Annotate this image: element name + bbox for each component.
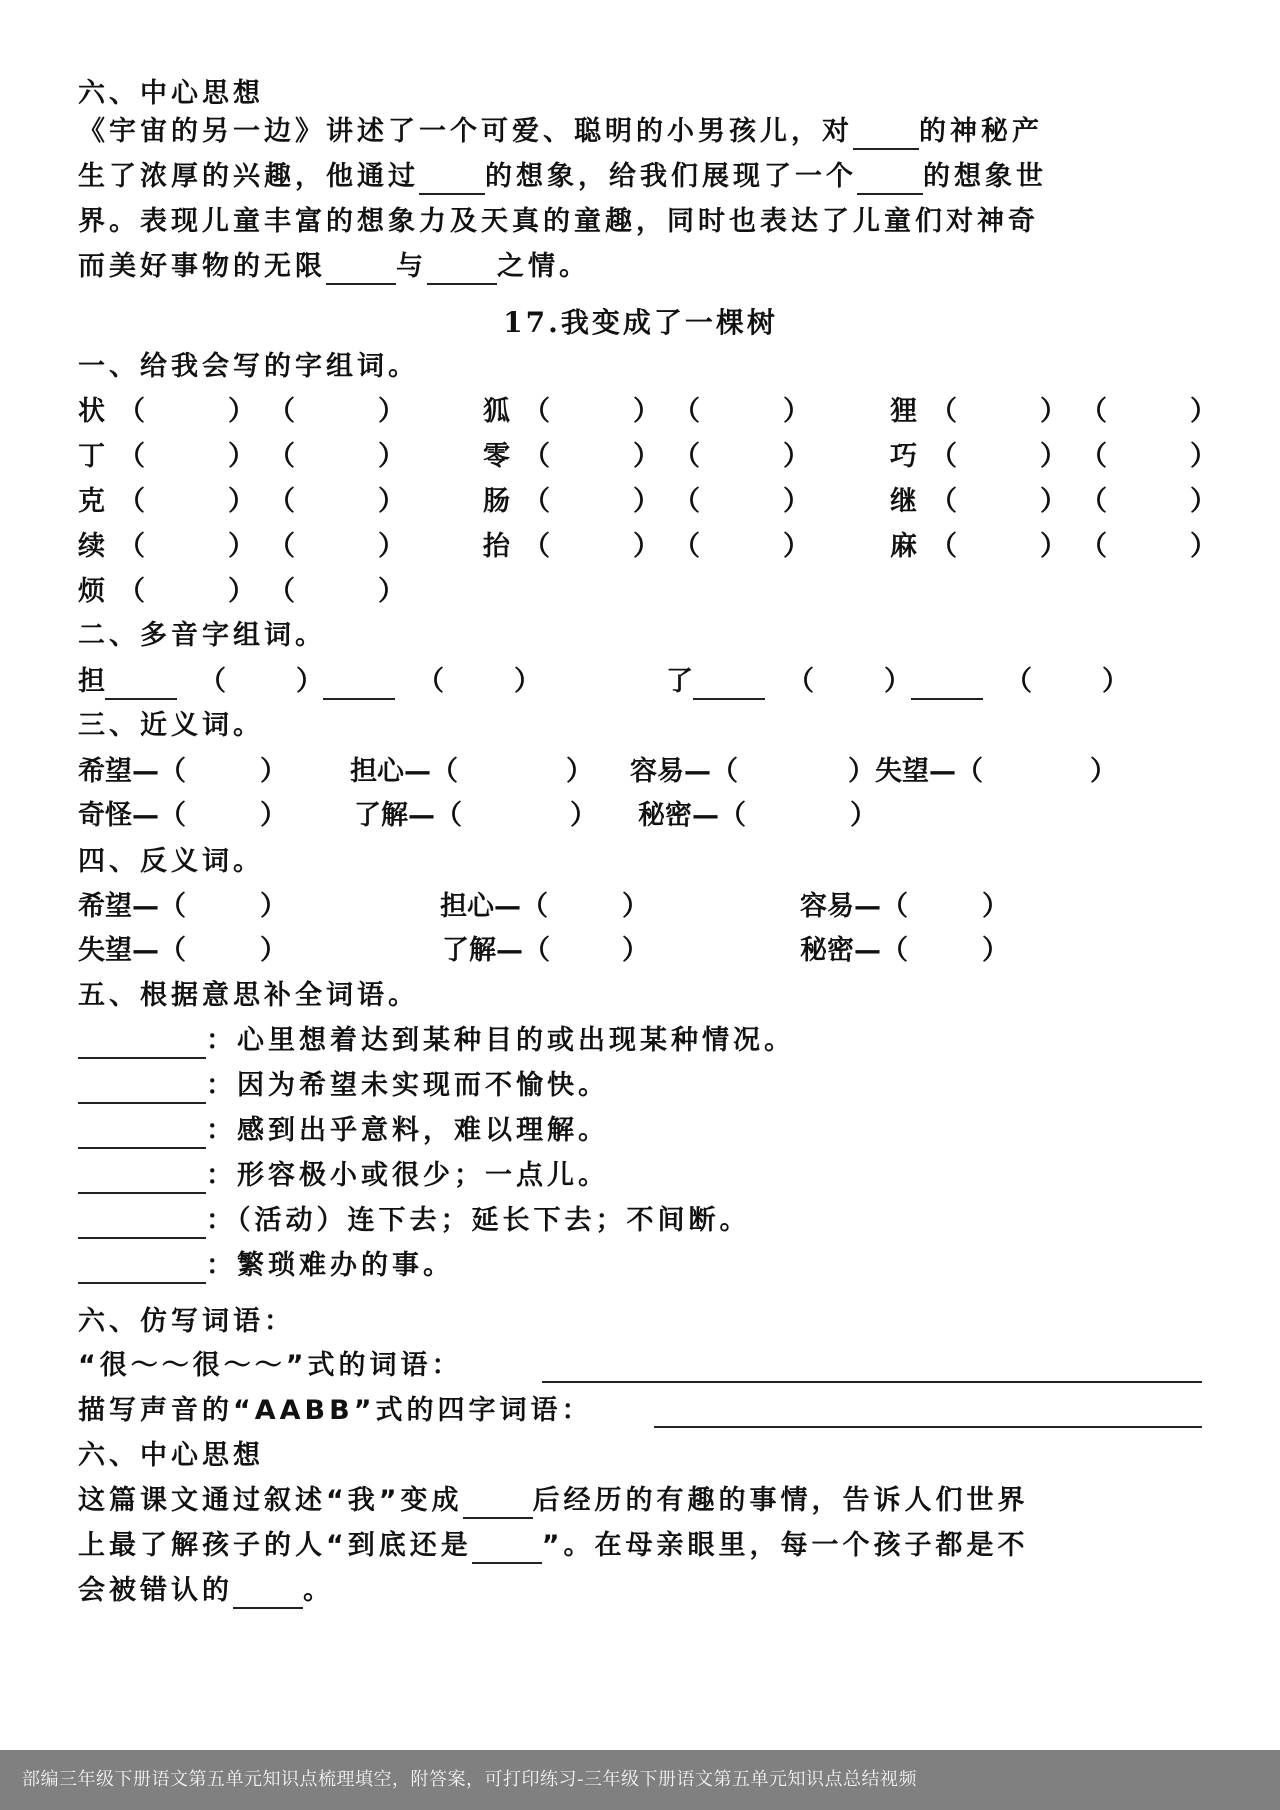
answer-slot[interactable]: （） [268, 529, 418, 565]
answer-line[interactable] [78, 1282, 206, 1284]
answer-line[interactable] [654, 1426, 1202, 1428]
word-group-item: 烦（）（） [78, 574, 418, 610]
answer-slot[interactable]: （） [930, 394, 1080, 430]
target-char: 克 [78, 484, 118, 520]
target-char: 抬 [483, 529, 523, 565]
target-char: 狸 [890, 394, 930, 430]
antonym-close: ） [260, 933, 287, 969]
section-heading: 二、多音字组词。 [78, 618, 326, 654]
antonym-close: ） [982, 933, 1009, 969]
answer-slot[interactable]: （） [268, 484, 418, 520]
section-heading: 四、反义词。 [78, 844, 264, 880]
synonym-item: 容易—（ [630, 754, 738, 790]
target-char: 麻 [890, 529, 930, 565]
definition-text: ：感到出乎意料，难以理解。 [206, 1113, 609, 1149]
prompt-label: “很～～很～～”式的词语： [78, 1348, 463, 1384]
word-group-item: 继（）（） [890, 484, 1230, 520]
definition-text: ：心里想着达到某种目的或出现某种情况。 [206, 1023, 795, 1059]
section-heading: 六、中心思想 [78, 76, 264, 112]
synonym-close: ） [566, 754, 593, 790]
answer-line[interactable] [78, 1237, 206, 1239]
antonym-item: 秘密—（ [800, 933, 908, 969]
prompt-label: 描写声音的“AABB”式的四字词语： [78, 1393, 592, 1429]
lesson-title: 17.我变成了一棵树 [78, 305, 1203, 341]
antonym-close: ） [622, 889, 649, 925]
target-char: 零 [483, 439, 523, 475]
polyphone-item: 担（）（） [78, 664, 541, 700]
paragraph-line: 《宇宙的另一边》讲述了一个可爱、聪明的小男孩儿，对的神秘产 [78, 114, 1043, 150]
section-heading: 六、仿写词语： [78, 1304, 295, 1340]
fill-blank[interactable] [427, 253, 497, 285]
synonym-item: 了解—（ [354, 798, 462, 834]
fill-blank[interactable] [419, 163, 485, 195]
section-heading: 五、根据意思补全词语。 [78, 978, 419, 1014]
fill-blank[interactable] [323, 668, 395, 700]
answer-slot[interactable]: （） [268, 439, 418, 475]
definition-text: ：繁琐难办的事。 [206, 1248, 454, 1284]
fill-blank[interactable] [233, 1577, 303, 1609]
word-group-item: 巧（）（） [890, 439, 1230, 475]
polyphone-item: 了（）（） [666, 664, 1129, 700]
paragraph-line: 上最了解孩子的人“到底还是”。在母亲眼里，每一个孩子都是不 [78, 1528, 1029, 1564]
target-char: 继 [890, 484, 930, 520]
answer-line[interactable] [78, 1147, 206, 1149]
target-char: 状 [78, 394, 118, 430]
word-group-item: 零（）（） [483, 439, 823, 475]
synonym-item: ）失望—（ [848, 754, 983, 790]
word-group-item: 狐（）（） [483, 394, 823, 430]
synonym-item: 奇怪—（ [78, 798, 186, 834]
answer-slot[interactable]: （） [673, 439, 823, 475]
answer-slot[interactable]: （） [930, 439, 1080, 475]
answer-slot[interactable]: （） [1080, 439, 1230, 475]
synonym-close: ） [260, 754, 287, 790]
antonym-item: 了解—（ [442, 933, 550, 969]
synonym-close: ） [260, 798, 287, 834]
answer-slot[interactable]: （） [118, 484, 268, 520]
antonym-close: ） [982, 889, 1009, 925]
paragraph-line: 生了浓厚的兴趣，他通过的想象，给我们展现了一个的想象世 [78, 159, 1047, 195]
answer-slot[interactable]: （） [523, 439, 673, 475]
antonym-close: ） [622, 933, 649, 969]
section-heading: 六、中心思想 [78, 1438, 264, 1474]
antonym-item: 担心—（ [440, 889, 548, 925]
section-heading: 一、给我会写的字组词。 [78, 349, 419, 385]
antonym-close: ） [260, 889, 287, 925]
target-char: 续 [78, 529, 118, 565]
answer-slot[interactable]: （） [673, 529, 823, 565]
fill-blank[interactable] [472, 1532, 542, 1564]
paragraph-line: 而美好事物的无限与之情。 [78, 249, 590, 285]
fill-blank[interactable] [463, 1487, 533, 1519]
word-group-item: 状（）（） [78, 394, 418, 430]
answer-slot[interactable]: （） [930, 529, 1080, 565]
definition-text: ：（活动）连下去；延长下去；不间断。 [206, 1203, 751, 1239]
caption-bar: 部编三年级下册语文第五单元知识点梳理填空，附答案，可打印练习-三年级下册语文第五… [0, 1750, 1280, 1810]
word-group-item: 克（）（） [78, 484, 418, 520]
antonym-item: 容易—（ [800, 889, 908, 925]
target-char: 丁 [78, 439, 118, 475]
target-char: 烦 [78, 574, 118, 610]
word-group-item: 抬（）（） [483, 529, 823, 565]
answer-slot[interactable]: （） [673, 484, 823, 520]
answer-slot[interactable]: （） [523, 529, 673, 565]
answer-slot[interactable]: （） [118, 394, 268, 430]
fill-blank[interactable] [326, 253, 396, 285]
definition-text: ：因为希望未实现而不愉快。 [206, 1068, 609, 1104]
fill-blank[interactable] [857, 163, 923, 195]
target-char: 肠 [483, 484, 523, 520]
fill-blank[interactable] [911, 668, 983, 700]
synonym-item: 希望—（ [78, 754, 186, 790]
answer-slot[interactable]: （） [268, 394, 418, 430]
synonym-close: ） [1090, 754, 1117, 790]
synonym-close: ） [850, 798, 877, 834]
word-group-item: 麻（）（） [890, 529, 1230, 565]
answer-slot[interactable]: （） [673, 394, 823, 430]
answer-slot[interactable]: （） [118, 529, 268, 565]
fill-blank[interactable] [853, 118, 919, 150]
section-heading: 三、近义词。 [78, 708, 264, 744]
synonym-item: 担心—（ [350, 754, 458, 790]
answer-line[interactable] [78, 1057, 206, 1059]
paragraph-line: 会被错认的。 [78, 1573, 334, 1609]
paragraph-line: 界。表现儿童丰富的想象力及天真的童趣，同时也表达了儿童们对神奇 [78, 204, 1039, 240]
target-char: 狐 [483, 394, 523, 430]
target-char: 巧 [890, 439, 930, 475]
answer-line[interactable] [78, 1102, 206, 1104]
word-group-item: 狸（）（） [890, 394, 1230, 430]
synonym-item: 秘密—（ [638, 798, 746, 834]
paragraph-line: 这篇课文通过叙述“我”变成后经历的有趣的事情，告诉人们世界 [78, 1483, 1029, 1519]
answer-slot[interactable]: （） [118, 439, 268, 475]
answer-slot[interactable]: （） [118, 574, 268, 610]
antonym-item: 希望—（ [78, 889, 186, 925]
word-group-item: 肠（）（） [483, 484, 823, 520]
answer-slot[interactable]: （） [1080, 484, 1230, 520]
answer-slot[interactable]: （） [523, 394, 673, 430]
synonym-close: ） [570, 798, 597, 834]
answer-slot[interactable]: （） [1080, 394, 1230, 430]
answer-slot[interactable]: （） [930, 484, 1080, 520]
word-group-item: 续（）（） [78, 529, 418, 565]
fill-blank[interactable] [693, 668, 765, 700]
antonym-item: 失望—（ [78, 933, 186, 969]
fill-blank[interactable] [105, 668, 177, 700]
answer-slot[interactable]: （） [268, 574, 418, 610]
answer-slot[interactable]: （） [523, 484, 673, 520]
word-group-item: 丁（）（） [78, 439, 418, 475]
answer-line[interactable] [542, 1381, 1202, 1383]
answer-line[interactable] [78, 1192, 206, 1194]
definition-text: ：形容极小或很少；一点儿。 [206, 1158, 609, 1194]
answer-slot[interactable]: （） [1080, 529, 1230, 565]
